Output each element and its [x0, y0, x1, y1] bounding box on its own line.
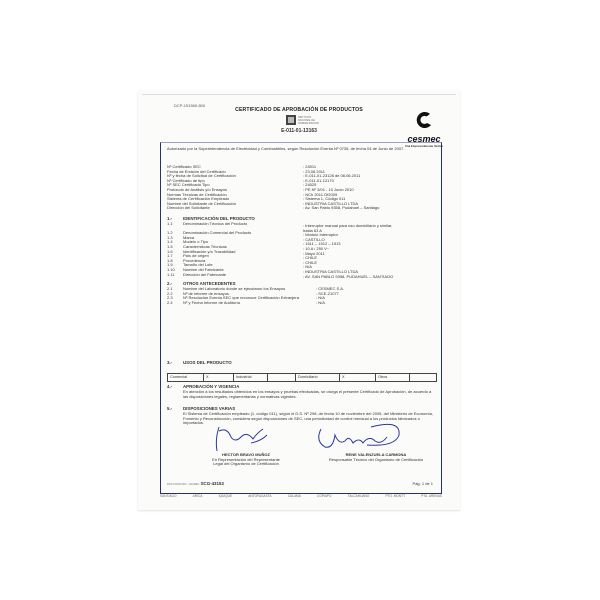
office-city: IQUIQUE	[219, 494, 232, 498]
office-city: ARICA	[193, 494, 203, 498]
item-value: : N/A	[316, 301, 325, 306]
approval-text: En atención a los resultados obtenidos e…	[183, 390, 437, 399]
page-indicator: Pág. 1 de 1	[413, 481, 433, 486]
office-city: TALCAHUANO	[348, 494, 370, 498]
uses-cell: Comercial	[168, 374, 204, 381]
office-city: SANTIAGO	[160, 494, 176, 498]
detail-label: Dirección del Solicitante	[167, 206, 210, 211]
item-label: Dirección del Fabricante	[183, 273, 226, 278]
office-city: PTA. ARENAS	[421, 494, 442, 498]
certificate-page: DCP-151560-800 CERTIFICADO DE APROBACIÓN…	[138, 90, 460, 510]
inn-logo-icon: INSTITUTO NACIONAL DE NORMALIZACION	[286, 115, 322, 125]
inn-emblem-icon	[286, 115, 296, 125]
office-city: CALAMA	[288, 494, 301, 498]
item-number: 2.4	[167, 301, 173, 306]
detail-value: : Av. San Pablo 9358, Pudahuel – Santiag…	[303, 206, 379, 211]
uses-cell: Otros	[376, 374, 410, 381]
uses-cell: Industrial	[234, 374, 268, 381]
inn-logo-text: INSTITUTO NACIONAL DE NORMALIZACION	[298, 116, 324, 125]
signature-right-icon	[311, 421, 411, 455]
office-cities: SANTIAGOARICAIQUIQUEANTOFAGASTACALAMACOP…	[160, 494, 442, 498]
uses-cell	[410, 374, 436, 381]
uses-cell: Domiciliario	[296, 374, 340, 381]
uses-table: Comercial X Industrial Domiciliario X Ot…	[167, 373, 437, 382]
item-number: 1.1	[167, 222, 173, 227]
office-city: ANTOFAGASTA	[248, 494, 271, 498]
cesmec-c-icon	[414, 110, 434, 130]
signer-role: Responsable Técnico del Organismo de Cer…	[311, 458, 441, 463]
item-label: Denominación Técnica del Producto	[183, 222, 247, 227]
item-label: Nº y Fecha Informe de Auditoría	[183, 301, 240, 306]
item-number: 1.11	[167, 273, 175, 278]
uses-cell	[268, 374, 296, 381]
item-value: : AV. SAN PABLO 9358, PUDAHUEL – SANTIAG…	[303, 275, 393, 280]
uses-cell: X	[340, 374, 376, 381]
scan-edge-line	[142, 94, 456, 95]
signer-role: Legal del Organismo de Certificación	[191, 462, 301, 467]
uses-cell: X	[204, 374, 234, 381]
signature-block-left: HECTOR BRAVO MUÑOZ En Representación del…	[191, 453, 301, 467]
signature-left-icon	[201, 423, 281, 453]
footer-reference: DCP-151560-800 · CESMEC SCG-43153	[167, 481, 224, 486]
certificate-body-frame: Autorizado por la Superintendencia de El…	[160, 142, 442, 494]
authorization-text: Autorizado por la Superintendencia de El…	[167, 147, 435, 152]
section-uses-heading: 3.-USOS DEL PRODUCTO	[167, 361, 232, 366]
office-city: PTO. MONTT	[385, 494, 405, 498]
office-city: COPIAPO	[317, 494, 332, 498]
signature-block-right: RENE VALENZUELA CARMONA Responsable Técn…	[311, 453, 441, 462]
